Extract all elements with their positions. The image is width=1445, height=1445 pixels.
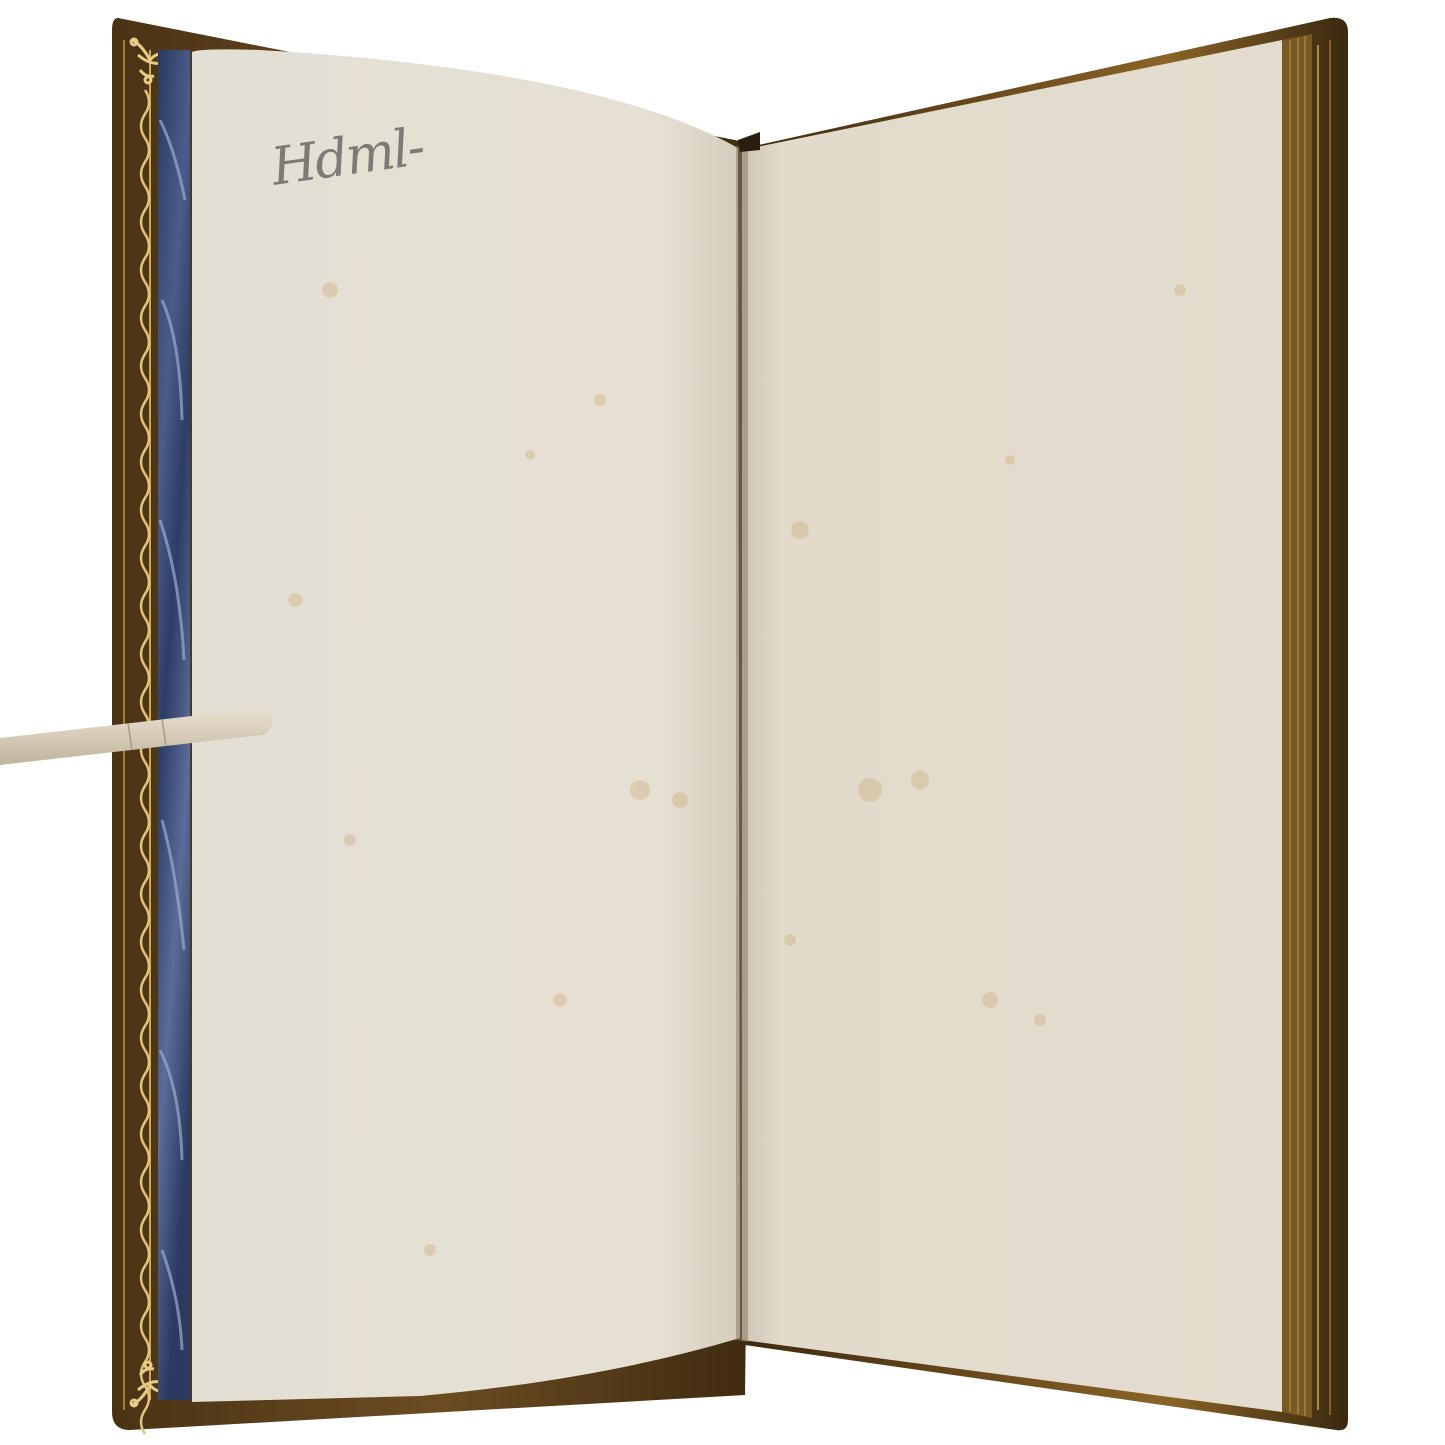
gilt-page-edge: [1282, 34, 1312, 1418]
right-page: [742, 40, 1282, 1412]
gutter: [736, 146, 748, 1342]
book-photo: Hdml-: [0, 0, 1445, 1445]
book-illustration: [0, 0, 1445, 1445]
left-page: [192, 49, 740, 1402]
